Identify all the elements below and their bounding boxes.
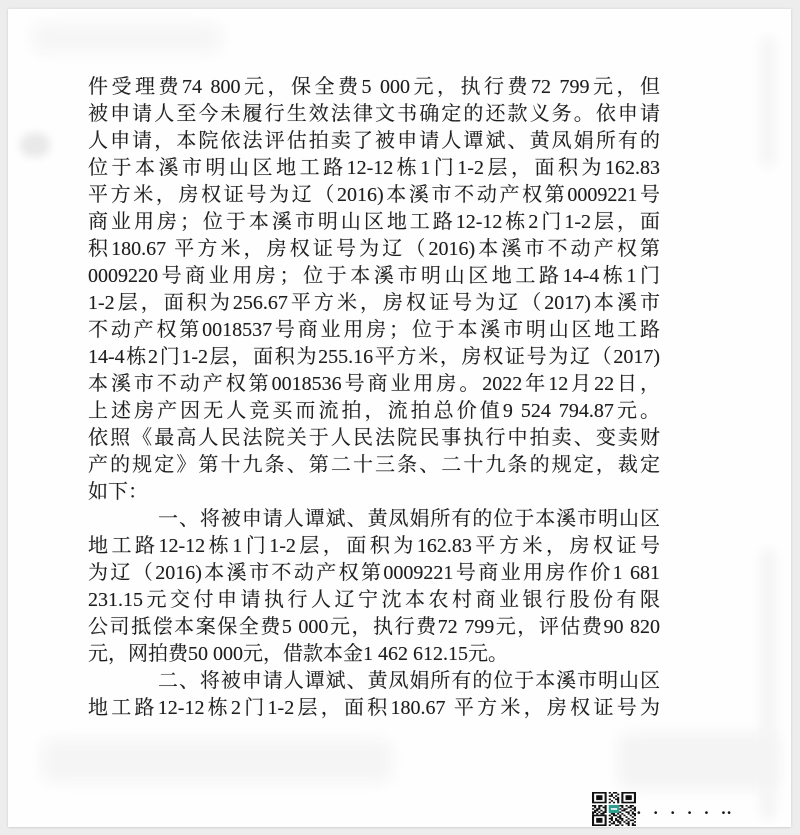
scan-artifact — [618, 733, 778, 789]
text-line: 积180.67 平方米，房权证号为辽（2016)本溪市不动产权第 — [88, 236, 660, 263]
qr-code-icon — [592, 792, 636, 826]
text-line: 被申请人至今未履行生效法律文书确定的还款义务。依申请 — [88, 101, 660, 128]
text-line: 地工路12-12栋2门1-2层，面积180.67 平方米，房权证号为 — [88, 695, 660, 722]
text-line: 平方米，房权证号为辽（2016)本溪市不动产权第0009221号 — [88, 182, 660, 209]
text-line: 本溪市不动产权第0018536号商业用房。2022年12月22日， — [88, 371, 660, 398]
text-line: 产的规定》第十九条、第二十三条、二十九条的规定，裁定 — [88, 452, 660, 479]
scan-artifact — [32, 23, 222, 53]
scan-artifact — [20, 133, 50, 157]
scan-artifact — [42, 739, 392, 783]
text-line: 上述房产因无人竞买而流拍，流拍总价值9 524 794.87元。 — [88, 398, 660, 425]
text-line: 依照《最高人民法院关于人民法院民事执行中拍卖、变卖财 — [88, 425, 660, 452]
scan-background: 件受理费74 800元，保全费5 000元，执行费72 799元，但 被申请人至… — [0, 0, 800, 835]
text-line: 1-2层，面积为256.67平方米，房权证号为辽（2017)本溪市 — [88, 290, 660, 317]
text-line: 地工路12-12栋1门1-2层，面积为162.83平方米，房权证号 — [88, 533, 660, 560]
text-line: 元，网拍费50 000元，借款本金1 462 612.15元。 — [88, 641, 660, 668]
text-line: 如下： — [88, 479, 660, 506]
text-line: 公司抵偿本案保全费5 000元，执行费72 799元，评估费90 820 — [88, 614, 660, 641]
text-line: 件受理费74 800元，保全费5 000元，执行费72 799元，但 — [88, 74, 660, 101]
text-line: 不动产权第0018537号商业用房；位于本溪市明山区地工路 — [88, 317, 660, 344]
text-line: 231.15元交付申请执行人辽宁沈本农村商业银行股份有限 — [88, 587, 660, 614]
scan-artifact — [760, 549, 776, 819]
ruling-text-block: 件受理费74 800元，保全费5 000元，执行费72 799元，但 被申请人至… — [88, 74, 660, 722]
scan-artifact — [760, 37, 776, 167]
text-line: 人申请，本院依法评估拍卖了被申请人谭斌、黄凤娟所有的 — [88, 128, 660, 155]
document-page: 件受理费74 800元，保全费5 000元，执行费72 799元，但 被申请人至… — [8, 9, 791, 827]
text-line: 一、将被申请人谭斌、黄凤娟所有的位于本溪市明山区 — [88, 506, 660, 533]
text-line: 为辽（2016)本溪市不动产权第0009221号商业用房作价1 681 — [88, 560, 660, 587]
dot-leaders: · · · · · ·· — [636, 803, 732, 823]
text-line: 14-4栋2门1-2层，面积为255.16平方米，房权证号为辽（2017) — [88, 344, 660, 371]
text-line: 商业用房；位于本溪市明山区地工路12-12栋2门1-2层，面 — [88, 209, 660, 236]
text-line: 位于本溪市明山区地工路12-12栋1门1-2层，面积为162.83 — [88, 155, 660, 182]
text-line: 0009220号商业用房；位于本溪市明山区地工路14-4栋1门 — [88, 263, 660, 290]
text-line: 二、将被申请人谭斌、黄凤娟所有的位于本溪市明山区 — [88, 668, 660, 695]
